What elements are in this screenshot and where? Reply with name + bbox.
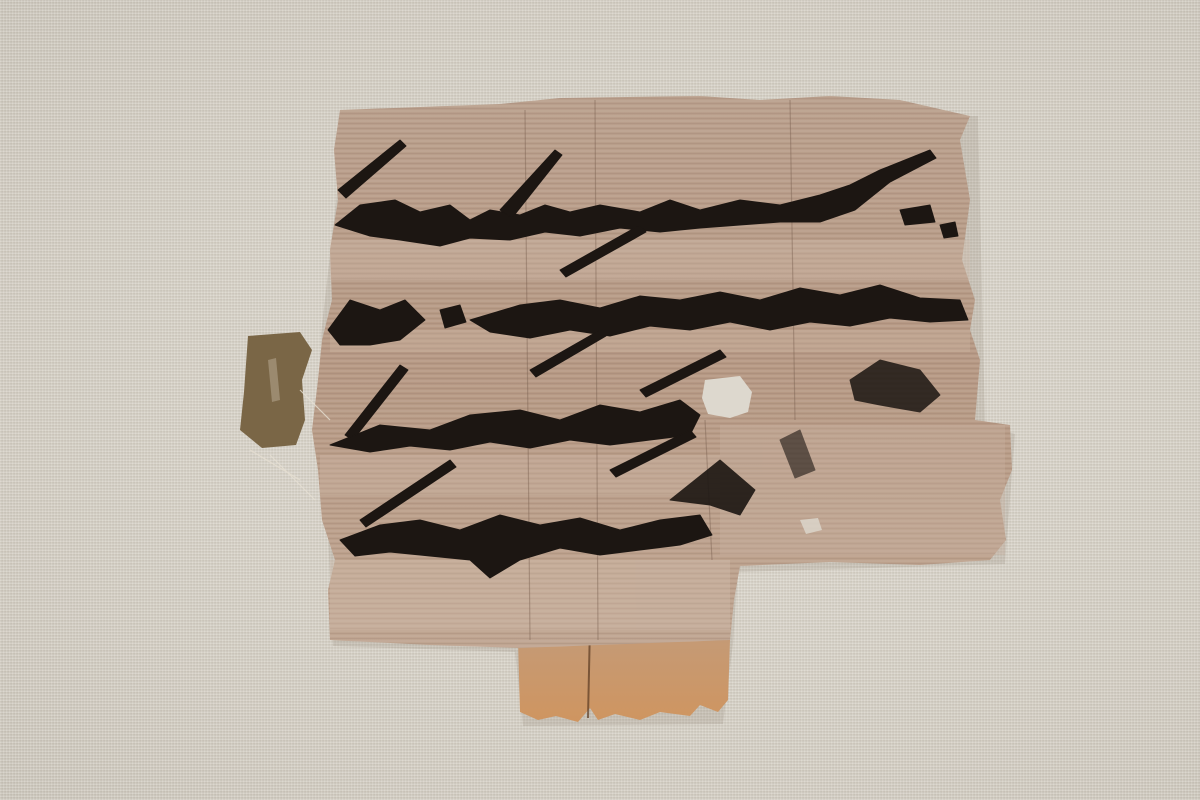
papyrus-hole [702,376,752,418]
papyrus-fragment [0,0,1200,800]
